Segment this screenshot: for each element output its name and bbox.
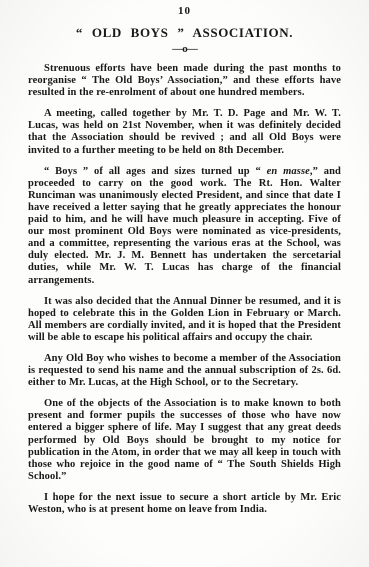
- paragraph: A meeting, called together by Mr. T. D. …: [28, 108, 341, 156]
- article-body: Strenuous efforts have been made during …: [28, 63, 341, 516]
- paragraph-text: Any Old Boy who wishes to become a membe…: [28, 353, 341, 388]
- paragraph: Any Old Boy who wishes to become a membe…: [28, 353, 341, 389]
- paragraph: Strenuous efforts have been made during …: [28, 63, 341, 99]
- paragraph-text: One of the objects of the Association is…: [28, 398, 341, 482]
- paragraph: “ Boys ” of all ages and sizes turned up…: [28, 166, 341, 287]
- emphasis-text: en masse: [267, 166, 310, 177]
- paragraph-text: Strenuous efforts have been made during …: [28, 63, 341, 98]
- document-page: 10 “ OLD BOYS ” ASSOCIATION. —o— Strenuo…: [0, 0, 369, 567]
- paragraph-text: It was also decided that the Annual Dinn…: [28, 296, 341, 343]
- divider-ornament: —o—: [28, 44, 341, 55]
- paragraph-text: ,” and proceeded to carry on the good wo…: [28, 166, 341, 286]
- paragraph: I hope for the next issue to secure a sh…: [28, 492, 341, 516]
- paragraph-text: I hope for the next issue to secure a sh…: [28, 492, 341, 515]
- paragraph-text: “ Boys ” of all ages and sizes turned up…: [44, 166, 267, 177]
- article-title: “ OLD BOYS ” ASSOCIATION.: [28, 25, 341, 41]
- page-number: 10: [28, 3, 341, 17]
- paragraph: It was also decided that the Annual Dinn…: [28, 296, 341, 344]
- paragraph: One of the objects of the Association is…: [28, 398, 341, 483]
- paragraph-text: A meeting, called together by Mr. T. D. …: [28, 108, 341, 155]
